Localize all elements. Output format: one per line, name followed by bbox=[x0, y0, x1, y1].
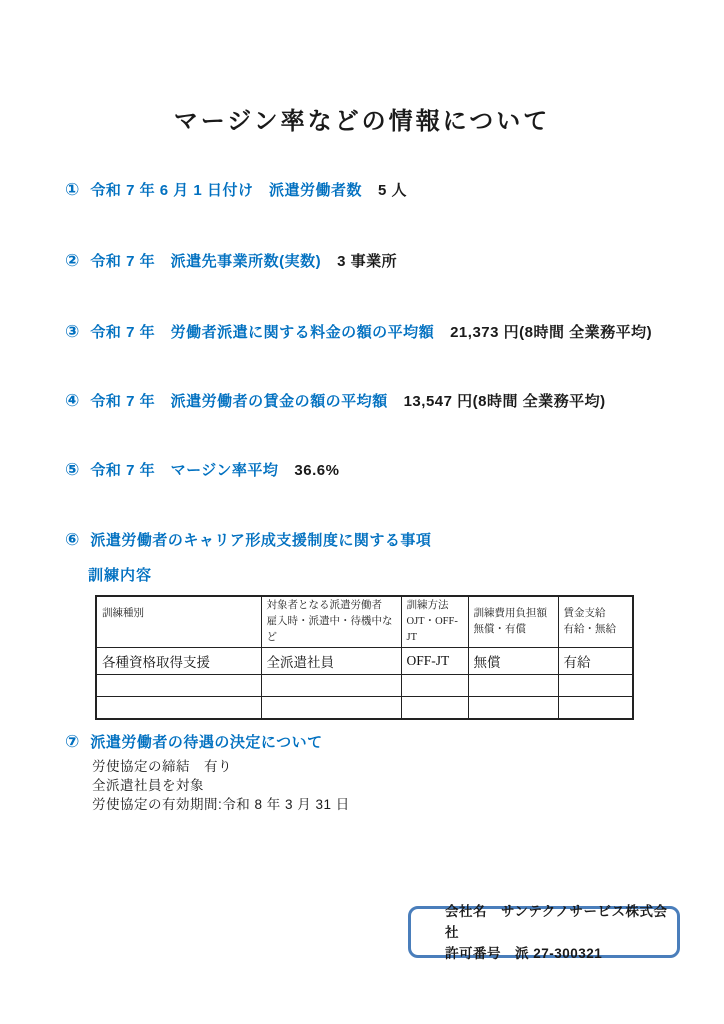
page-title: マージン率などの情報について bbox=[0, 101, 724, 136]
company-name-line: 会社名 サンテクノサービス株式会社 bbox=[445, 901, 677, 943]
item-treatment-decision-heading: ⑦ 派遣労働者の待遇の決定について bbox=[65, 731, 323, 752]
table-cell bbox=[401, 697, 468, 720]
item-label: 令和 7 年 マージン率平均 bbox=[90, 459, 278, 480]
table-cell bbox=[401, 675, 468, 697]
item-value: 3 事業所 bbox=[337, 250, 397, 271]
table-cell bbox=[96, 697, 261, 720]
table-cell bbox=[261, 675, 401, 697]
table-cell bbox=[96, 675, 261, 697]
header-line: 訓練種別 bbox=[102, 606, 256, 622]
circled-number-6: ⑥ bbox=[65, 531, 79, 550]
table-row bbox=[96, 697, 633, 720]
item-value: 5 人 bbox=[378, 179, 407, 200]
item-label: 派遣労働者の待遇の決定について bbox=[90, 731, 322, 752]
circled-number-2: ② bbox=[65, 252, 79, 271]
table-cell: 無償 bbox=[468, 648, 558, 675]
table-cell: 各種資格取得支援 bbox=[96, 648, 261, 675]
training-content-label: 訓練内容 bbox=[88, 564, 152, 585]
item-label: 令和 7 年 労働者派遣に関する料金の額の平均額 bbox=[90, 321, 434, 342]
labor-agreement-conclusion-line: 労使協定の締結 有り bbox=[92, 757, 350, 776]
header-line: 有給・無給 bbox=[564, 622, 628, 638]
header-cell-training-type: 訓練種別 bbox=[96, 596, 261, 648]
table-cell bbox=[261, 697, 401, 720]
circled-number-4: ④ bbox=[65, 392, 79, 411]
permit-number-line: 許可番号 派 27-300321 bbox=[445, 943, 677, 964]
circled-number-7: ⑦ bbox=[65, 733, 79, 752]
item-value: 21,373 円(8時間 全業務平均) bbox=[450, 321, 652, 342]
company-info-box: 会社名 サンテクノサービス株式会社 許可番号 派 27-300321 bbox=[408, 906, 680, 958]
item-career-support-heading: ⑥ 派遣労働者のキャリア形成支援制度に関する事項 bbox=[65, 529, 431, 550]
item-dispatch-worker-count: ① 令和 7 年 6 月 1 日付け 派遣労働者数 5 人 bbox=[65, 179, 407, 200]
table-cell bbox=[468, 675, 558, 697]
header-cell-wage-payment: 賃金支給 有給・無給 bbox=[558, 596, 633, 648]
item-average-dispatch-fee: ③ 令和 7 年 労働者派遣に関する料金の額の平均額 21,373 円(8時間 … bbox=[65, 321, 652, 342]
header-line: OJT・OFF-JT bbox=[407, 614, 463, 646]
header-line: 賃金支給 bbox=[564, 606, 628, 622]
circled-number-1: ① bbox=[65, 181, 79, 200]
header-line: 訓練費用負担額 bbox=[474, 606, 553, 622]
agreement-validity-period-line: 労使協定の有効期間:令和 8 年 3 月 31 日 bbox=[92, 795, 350, 814]
table-cell: OFF-JT bbox=[401, 648, 468, 675]
circled-number-3: ③ bbox=[65, 323, 79, 342]
header-cell-training-method: 訓練方法 OJT・OFF-JT bbox=[401, 596, 468, 648]
header-line: 対象者となる派遣労働者 bbox=[267, 598, 396, 614]
table-row: 各種資格取得支援 全派遣社員 OFF-JT 無償 有給 bbox=[96, 648, 633, 675]
item-label: 令和 7 年 派遣労働者の賃金の額の平均額 bbox=[90, 390, 387, 411]
item-value: 36.6% bbox=[294, 462, 339, 479]
table-row bbox=[96, 675, 633, 697]
header-line bbox=[102, 622, 256, 638]
document-page: マージン率などの情報について ① 令和 7 年 6 月 1 日付け 派遣労働者数… bbox=[0, 0, 724, 1024]
header-line: 無償・有償 bbox=[474, 622, 553, 638]
covered-workers-line: 全派遣社員を対象 bbox=[92, 776, 350, 795]
training-table: 訓練種別 対象者となる派遣労働者 雇入時・派遣中・待機中など 訓練方法 OJT・… bbox=[95, 595, 634, 720]
table-header-row: 訓練種別 対象者となる派遣労働者 雇入時・派遣中・待機中など 訓練方法 OJT・… bbox=[96, 596, 633, 648]
table-cell: 全派遣社員 bbox=[261, 648, 401, 675]
treatment-details: 労使協定の締結 有り 全派遣社員を対象 労使協定の有効期間:令和 8 年 3 月… bbox=[92, 757, 350, 814]
table-cell bbox=[558, 697, 633, 720]
table-cell bbox=[558, 675, 633, 697]
header-cell-target-workers: 対象者となる派遣労働者 雇入時・派遣中・待機中など bbox=[261, 596, 401, 648]
circled-number-5: ⑤ bbox=[65, 461, 79, 480]
item-average-wage: ④ 令和 7 年 派遣労働者の賃金の額の平均額 13,547 円(8時間 全業務… bbox=[65, 390, 606, 411]
item-label: 令和 7 年 6 月 1 日付け 派遣労働者数 bbox=[90, 179, 362, 200]
header-line: 訓練方法 bbox=[407, 598, 463, 614]
header-line: 雇入時・派遣中・待機中など bbox=[267, 614, 396, 646]
header-cell-cost-burden: 訓練費用負担額 無償・有償 bbox=[468, 596, 558, 648]
item-label: 派遣労働者のキャリア形成支援制度に関する事項 bbox=[90, 529, 431, 550]
table-cell: 有給 bbox=[558, 648, 633, 675]
table-cell bbox=[468, 697, 558, 720]
item-label: 令和 7 年 派遣先事業所数(実数) bbox=[90, 250, 321, 271]
item-client-office-count: ② 令和 7 年 派遣先事業所数(実数) 3 事業所 bbox=[65, 250, 397, 271]
item-value: 13,547 円(8時間 全業務平均) bbox=[404, 390, 606, 411]
item-average-margin-rate: ⑤ 令和 7 年 マージン率平均 36.6% bbox=[65, 459, 339, 480]
